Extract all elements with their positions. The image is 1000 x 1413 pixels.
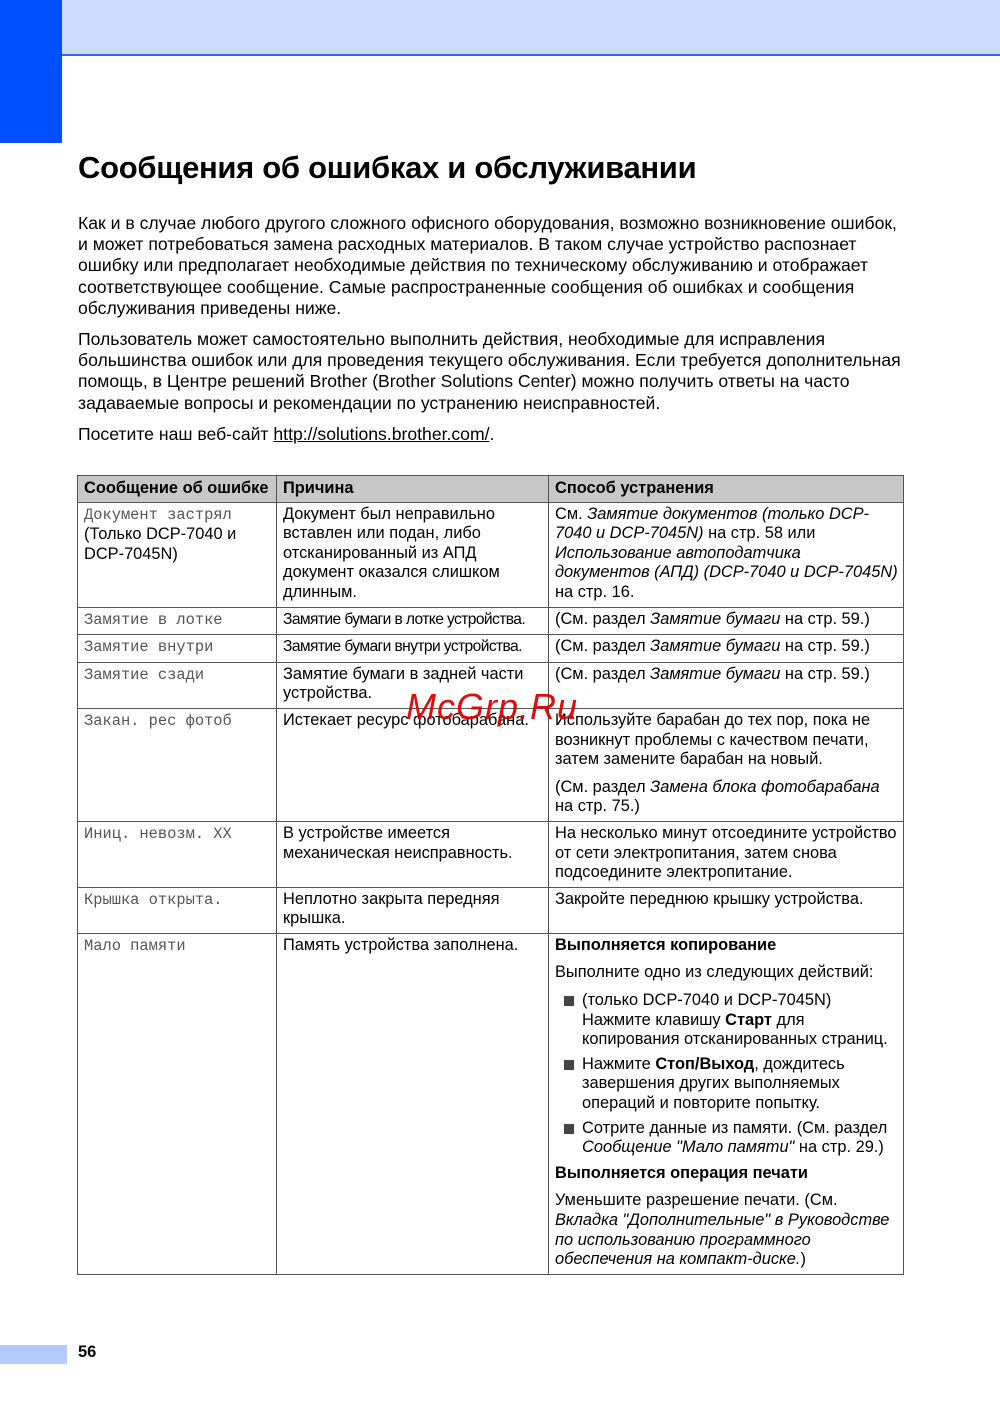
cause-cell: Документ был неправильно вставлен или по… (277, 502, 549, 607)
header-cause: Причина (277, 476, 549, 503)
remedy-bullets: (только DCP-7040 и DCP-7045N) Нажмите кл… (555, 991, 898, 1158)
message-cell: Крышка открыта. (78, 887, 277, 933)
intro-text: Как и в случае любого другого сложного о… (78, 213, 908, 455)
remedy-cell: (См. раздел Замятие бумаги на стр. 59.) (549, 662, 904, 708)
key-name: Старт (725, 1011, 772, 1029)
page-title: Сообщения об ошибках и обслуживании (78, 150, 696, 186)
cause-cell: Замятие бумаги в лотке устройства. (277, 607, 549, 635)
cross-reference: Замена блока фотобарабана (650, 778, 879, 796)
bullet-item: Нажмите Стоп/Выход, дождитесь завершения… (555, 1055, 898, 1114)
visit-suffix: . (490, 424, 495, 444)
cross-reference: Замятие бумаги (650, 665, 780, 683)
chapter-tab (0, 0, 62, 143)
watermark: McGrp.Ru (406, 686, 578, 728)
table-row: Документ застрял(Только DCP-7040 и DCP-7… (78, 502, 904, 607)
message-cell: Замятие сзади (78, 662, 277, 708)
remedy-cell: Выполняется копирование Выполните одно и… (549, 933, 904, 1274)
message-cell: Замятие в лотке (78, 607, 277, 635)
bullet-item: Сотрите данные из памяти. (См. раздел Со… (555, 1119, 898, 1158)
square-bullet-icon (564, 1060, 574, 1070)
remedy-print: Уменьшите разрешение печати. (См. Вкладк… (555, 1191, 898, 1269)
remedy-text: Используйте барабан до тех пор, пока не … (555, 711, 898, 770)
header-rule (62, 54, 1000, 56)
remedy-cell: (См. раздел Замятие бумаги на стр. 59.) (549, 635, 904, 663)
error-message: Документ застрял (84, 506, 232, 524)
remedy-reference: (См. раздел Замена блока фотобарабана на… (555, 778, 898, 817)
error-message: Замятие в лотке (84, 611, 223, 629)
remedy-cell: На несколько минут отсоедините устройств… (549, 821, 904, 887)
intro-paragraph-2: Пользователь может самостоятельно выполн… (78, 329, 908, 414)
cross-reference: Замятие бумаги (650, 610, 780, 628)
error-message: Замятие внутри (84, 638, 213, 656)
table-row: Замятие в лотке Замятие бумаги в лотке у… (78, 607, 904, 635)
key-name: Стоп/Выход (655, 1055, 754, 1073)
cross-reference: Использование автоподатчика документов (… (555, 544, 898, 582)
intro-paragraph-1: Как и в случае любого другого сложного о… (78, 213, 908, 319)
solutions-link[interactable]: http://solutions.brother.com/ (273, 424, 489, 444)
cause-cell: В устройстве имеется механическая неиспр… (277, 821, 549, 887)
cause-cell: Неплотно закрыта передняя крышка. (277, 887, 549, 933)
cause-cell: Замятие бумаги внутри устройства. (277, 635, 549, 663)
message-note: (Только DCP-7040 и DCP-7045N) (84, 525, 236, 563)
table-header-row: Сообщение об ошибке Причина Способ устра… (78, 476, 904, 503)
error-message: Закан. рес фотоб (84, 712, 232, 730)
message-cell: Мало памяти (78, 933, 277, 1274)
remedy-cell: См. Замятие документов (только DCP-7040 … (549, 502, 904, 607)
table-row: Иниц. невозм. XX В устройстве имеется ме… (78, 821, 904, 887)
header-band (0, 0, 1000, 55)
footer-band (0, 1345, 67, 1364)
message-cell: Иниц. невозм. XX (78, 821, 277, 887)
error-message: Крышка открыта. (84, 891, 223, 909)
cross-reference: Сообщение "Мало памяти" (582, 1138, 794, 1156)
header-remedy: Способ устранения (549, 476, 904, 503)
page-number: 56 (78, 1343, 96, 1362)
cause-cell: Память устройства заполнена. (277, 933, 549, 1274)
bullet-item: (только DCP-7040 и DCP-7045N) Нажмите кл… (555, 991, 898, 1050)
table-row: Крышка открыта. Неплотно закрыта передня… (78, 887, 904, 933)
header-message: Сообщение об ошибке (78, 476, 277, 503)
remedy-lead: Выполните одно из следующих действий: (555, 963, 898, 983)
table-row: Замятие внутри Замятие бумаги внутри уст… (78, 635, 904, 663)
message-cell: Замятие внутри (78, 635, 277, 663)
error-message: Мало памяти (84, 937, 186, 955)
error-messages-table: Сообщение об ошибке Причина Способ устра… (77, 475, 904, 1275)
intro-visit: Посетите наш веб-сайт http://solutions.b… (78, 424, 908, 445)
remedy-subheading: Выполняется копирование (555, 936, 898, 956)
square-bullet-icon (564, 996, 574, 1006)
remedy-cell: Используйте барабан до тех пор, пока не … (549, 708, 904, 821)
remedy-cell: Закройте переднюю крышку устройства. (549, 887, 904, 933)
error-message: Замятие сзади (84, 666, 204, 684)
cross-reference: Замятие бумаги (650, 637, 780, 655)
cross-reference: Вкладка "Дополнительные" в Руководстве п… (555, 1211, 889, 1268)
remedy-cell: (См. раздел Замятие бумаги на стр. 59.) (549, 607, 904, 635)
error-message: Иниц. невозм. XX (84, 825, 232, 843)
message-cell: Закан. рес фотоб (78, 708, 277, 821)
table-row: Мало памяти Память устройства заполнена.… (78, 933, 904, 1274)
visit-prefix: Посетите наш веб-сайт (78, 424, 273, 444)
remedy-subheading: Выполняется операция печати (555, 1164, 898, 1184)
square-bullet-icon (564, 1124, 574, 1134)
message-cell: Документ застрял(Только DCP-7040 и DCP-7… (78, 502, 277, 607)
